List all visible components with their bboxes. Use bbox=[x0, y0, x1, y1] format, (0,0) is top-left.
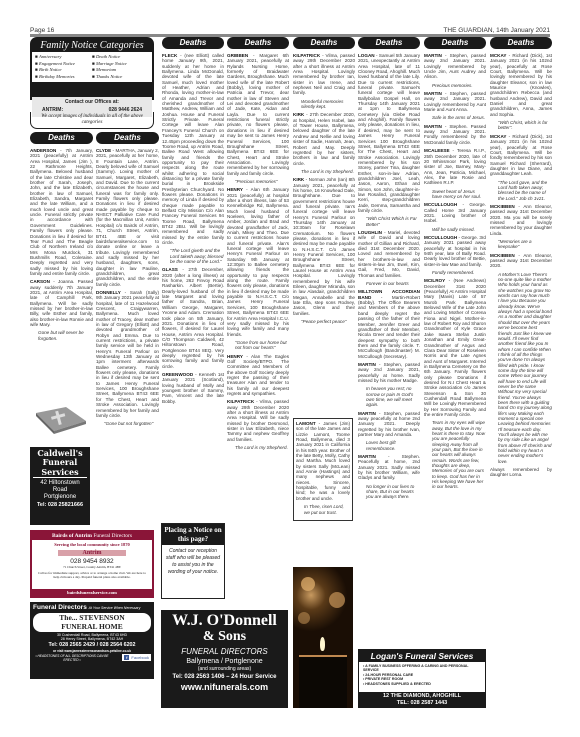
deaths-heading: Deaths bbox=[227, 37, 289, 49]
verse: No longer in our lives to share, But in … bbox=[358, 484, 420, 500]
notice: MARTIN - Stephen. Passed away 2nd Januar… bbox=[424, 124, 486, 145]
verse: "Peace perfect peace" bbox=[293, 319, 355, 324]
verse: The Lord is my Shepherd. bbox=[293, 169, 355, 174]
placing-body: Contact our reception staff who will be … bbox=[162, 545, 224, 579]
notice: KIRK - 27th December 2020, at hospital, … bbox=[293, 112, 355, 165]
notice: DONNELLY - Sarah (Sally) 9th January 202… bbox=[96, 290, 159, 418]
deaths-column-4: Deaths GRIBBEN - Margaret 6th January 20… bbox=[227, 37, 289, 453]
category-item: Memoriam bbox=[92, 67, 149, 74]
verse: The Lord is my Shepherd. bbox=[227, 445, 289, 450]
notice: FLECK - (nee Elliott) called home Januar… bbox=[162, 53, 224, 245]
ad-title: Services bbox=[33, 467, 87, 478]
deaths-column-1: Deaths ANDERSON - 7th January, 2021 (pea… bbox=[30, 132, 93, 344]
bairds-ad: Bairds of Antrim Funeral Directors Servi… bbox=[30, 530, 154, 598]
verse: "The Lord gave, and the Lord hath taken … bbox=[490, 180, 552, 201]
notice: GRIBBEN - Margaret 6th January 2021, pea… bbox=[227, 53, 289, 176]
ad-towns: Ballymena / Portglenone bbox=[161, 657, 288, 666]
verse: Wonderful memories silently kept. bbox=[293, 99, 355, 110]
notice: LOGAN - Samuel 5th January 2021, unexpec… bbox=[358, 53, 420, 213]
verse: Loves best gift remembrance. bbox=[358, 440, 420, 451]
ad-town: Antrim bbox=[58, 550, 126, 556]
verse: A Mother's Love There's no-one quite lik… bbox=[490, 272, 552, 464]
ad-address: Road bbox=[30, 487, 90, 494]
categories-panel: Family Notice Categories Anniversary Dea… bbox=[30, 37, 154, 100]
page-number: Page 16 bbox=[30, 27, 54, 34]
notice: CARSON - Joanna. Passed away suddenly 7t… bbox=[30, 279, 93, 327]
bible-icon bbox=[32, 405, 88, 435]
verse: Will be sadly missed. bbox=[424, 227, 486, 232]
verse: Fondly remembered. bbox=[424, 270, 486, 275]
notice: LAMONT - James (Jim) son of the late Jam… bbox=[296, 421, 350, 501]
ad-website[interactable]: www.nifunerals.com bbox=[161, 682, 288, 692]
ad-phone: 028 9454 8932 bbox=[32, 558, 152, 565]
deaths-heading: Deaths bbox=[96, 132, 159, 144]
ad-phone: Tel: 028 2563 1406 – 24 Hour Service bbox=[161, 673, 288, 682]
deaths-column-3: Deaths FLECK - (nee Elliott) called home… bbox=[162, 37, 224, 407]
verse: "Precious memories" bbox=[227, 179, 289, 184]
ad-area: (and surrounding areas) bbox=[161, 666, 288, 673]
facebook-icon: f bbox=[124, 655, 129, 660]
notice: MILLTOWN ACCORDIAN BAND - Martin-Robert … bbox=[358, 289, 420, 358]
lamont-notice-box: LAMONT - James (Jim) son of the late Jam… bbox=[293, 418, 353, 521]
notice: LOUGHLIN - Mariel, devoted wife of David… bbox=[358, 230, 420, 278]
verse: "Gone from our home but not from our hea… bbox=[227, 340, 289, 351]
ad-address: 42 Hiltonstown bbox=[30, 480, 90, 487]
category-item: Marriage Notice bbox=[92, 61, 149, 68]
notice: MARTIN - Stephen, passed away peacefully… bbox=[358, 411, 420, 438]
deaths-column-8: Deaths MCKAY - Richard (Dick), 1st Janua… bbox=[490, 37, 552, 481]
candle-image bbox=[293, 567, 353, 708]
verse: "The Lord giveth and the Lord taketh awa… bbox=[162, 248, 224, 264]
verse: Forever in our hearts bbox=[358, 281, 420, 286]
verse: Safe in the arms of Jesus. bbox=[424, 115, 486, 120]
notice: MARTIN - Stephen, passed away 2nd Januar… bbox=[358, 362, 420, 383]
verse: Gone but will never be forgotten. bbox=[30, 330, 93, 341]
ad-name: FUNERAL HOME bbox=[33, 623, 151, 632]
verse: In heaven you rest; no sorrow or pain In… bbox=[358, 386, 420, 407]
ad-phone: Tel: 028 25821666 bbox=[30, 501, 90, 509]
notice: GLASS - 27th December, 2020 (after a lon… bbox=[162, 267, 224, 369]
verse: "With Christ Which is Far Better" bbox=[358, 216, 420, 227]
ad-phone: TEL: 028 2587 1443 bbox=[360, 700, 484, 707]
notice: MCALEESE - Teresa R.I.P., 25th December … bbox=[424, 148, 486, 185]
verse: In Thee, risen Lord, we put our trust. bbox=[296, 504, 350, 515]
ad-name: W.J. O'Donnell bbox=[161, 610, 288, 629]
verse: "With Christ, which is far better". bbox=[490, 120, 552, 131]
odonnell-ad: W.J. O'Donnell & Sons FUNERAL DIRECTORS … bbox=[161, 610, 288, 708]
notice: MCKIBBEN - Ann Eleanor, passed away 31st… bbox=[490, 253, 552, 269]
verse: Sweet heart of Jesus have mercy on her s… bbox=[424, 189, 486, 200]
masthead-date: THE GUARDIAN, 14th January 2021 bbox=[443, 27, 550, 34]
placing-title: Placing a Notice on this page? bbox=[162, 524, 224, 545]
accept-note: We accept images of individuals in all o… bbox=[30, 112, 154, 129]
ad-title: Funeral Directors bbox=[33, 604, 87, 611]
logans-ad: Logan's Funeral Services • A FAMILY BUSI… bbox=[358, 649, 486, 708]
verse: Precious memories. bbox=[424, 83, 486, 88]
category-item: Anniversary bbox=[35, 54, 92, 61]
ad-body: Call us for immediate support, advice or… bbox=[32, 569, 152, 581]
notice: MCCULLOUGH - George. 3rd January 2021 pa… bbox=[424, 235, 486, 267]
notice-footer: Always remembered by daughter Lorna. bbox=[490, 467, 552, 478]
notice: KIRK - Norman John (Ian) 8th January 202… bbox=[293, 177, 355, 316]
verse: "Memories are a keepsake" bbox=[490, 239, 552, 250]
deaths-heading: Deaths bbox=[30, 132, 93, 144]
category-item: Engagement Notice bbox=[35, 61, 92, 68]
verse: Tears in my eyes will wipe away, But the… bbox=[424, 420, 486, 489]
ad-phone: Tel: 028 2565 2429 / 028 2564 6202 bbox=[30, 642, 154, 649]
notice: MARTIN - Stephen, passed away 2nd Januar… bbox=[424, 91, 486, 112]
notice: GREENWOOD - Kenneth 1st January 2021 (Sc… bbox=[162, 372, 224, 404]
caldwell-ad: Caldwell's Funeral Services 42 Hiltonsto… bbox=[30, 447, 90, 525]
category-item: Death Notice bbox=[92, 54, 149, 61]
deaths-heading: Deaths bbox=[162, 37, 224, 49]
ad-address: Portglenone bbox=[30, 494, 90, 501]
ad-bullet: • HEADSTONES SUPPLIED & ERECTED bbox=[363, 682, 481, 686]
stevenson-ad: Funeral Directors At Your Service When N… bbox=[30, 602, 154, 679]
ad-bullet: • A FAMILY BUSINESS OFFERING A CARING AN… bbox=[363, 664, 481, 673]
notice: MCCULLOUGH - George. Called Home 3rd Jan… bbox=[424, 202, 486, 223]
notice: MARTIN - Stephen. Peacefully at home, 2n… bbox=[358, 454, 420, 481]
categories-title: Family Notice Categories bbox=[30, 37, 154, 51]
ad-tagline: Serving the local community since 1870 bbox=[32, 542, 152, 547]
notice: ANDERSON - 7th January, 2021 (peacefully… bbox=[30, 148, 93, 276]
notice: MCILROY - (Nee Andrews) December 31st 20… bbox=[424, 278, 486, 417]
ad-title: Funeral bbox=[30, 458, 90, 467]
deaths-column-2: Deaths CLYDE - MARTHA, January 2, 2021, … bbox=[96, 132, 159, 430]
deaths-column-5: Deaths KILPATRICK - Vilma, passed away 2… bbox=[293, 37, 355, 328]
deaths-heading: Deaths bbox=[424, 37, 486, 49]
category-item: Birth Notice bbox=[35, 67, 92, 74]
verse: "Gone but not forgotten" bbox=[96, 421, 159, 426]
ad-title: Bairds of Antrim bbox=[52, 533, 92, 539]
ad-note: • HEADSTONES OF ALL DESCRIPTIONS CAN BE … bbox=[33, 654, 111, 662]
placing-notice-box: Placing a Notice on this page? Contact o… bbox=[161, 523, 225, 599]
deaths-heading: Deaths bbox=[293, 37, 355, 49]
deaths-column-7: Deaths MARTIN - Stephen, passed away 2nd… bbox=[424, 37, 486, 493]
facebook-badge[interactable]: fFacebook bbox=[122, 654, 151, 661]
ad-website[interactable]: bairdsfuneralservice.com bbox=[32, 589, 152, 596]
notice: KILPATRICK - Vilma, passed away 29th Dec… bbox=[293, 53, 355, 96]
notice: MCKIBBEN - Ann Eleanor, passed away 31st… bbox=[490, 204, 552, 236]
notice: MCKAY - Richard (Dick), 1st January 2021… bbox=[490, 134, 552, 177]
categories-list: Anniversary Death Notice Engagement Noti… bbox=[32, 52, 152, 82]
deaths-column-6: Deaths LOGAN - Samuel 5th January 2021, … bbox=[358, 37, 420, 503]
notice: MCKAY - Richard (Dick), 1st January 2021… bbox=[490, 53, 552, 117]
category-item: Birthday Memories bbox=[35, 74, 92, 81]
notice: MARTIN - Stephen, passed away 2nd Januar… bbox=[424, 53, 486, 80]
ad-name: & Sons bbox=[161, 629, 288, 644]
notice: KILPATRICK - Vilma, passed away 29th Dec… bbox=[227, 399, 289, 442]
ad-title: Logan's Funeral Services bbox=[359, 650, 485, 662]
deaths-heading: Deaths bbox=[358, 37, 420, 49]
notice: CLYDE - MARTHA, January 2, 2021, peacefu… bbox=[96, 148, 159, 287]
notice: HENRY - Alan The Eagles Golf Society/BTP… bbox=[227, 354, 289, 397]
deaths-heading: Deaths bbox=[490, 37, 552, 49]
ad-subtitle: FUNERAL DIRECTORS bbox=[161, 646, 288, 657]
notice: HENRY - Alan 6th January 2021 (peacefull… bbox=[227, 187, 289, 337]
category-item: Thanks Notice bbox=[92, 74, 149, 81]
